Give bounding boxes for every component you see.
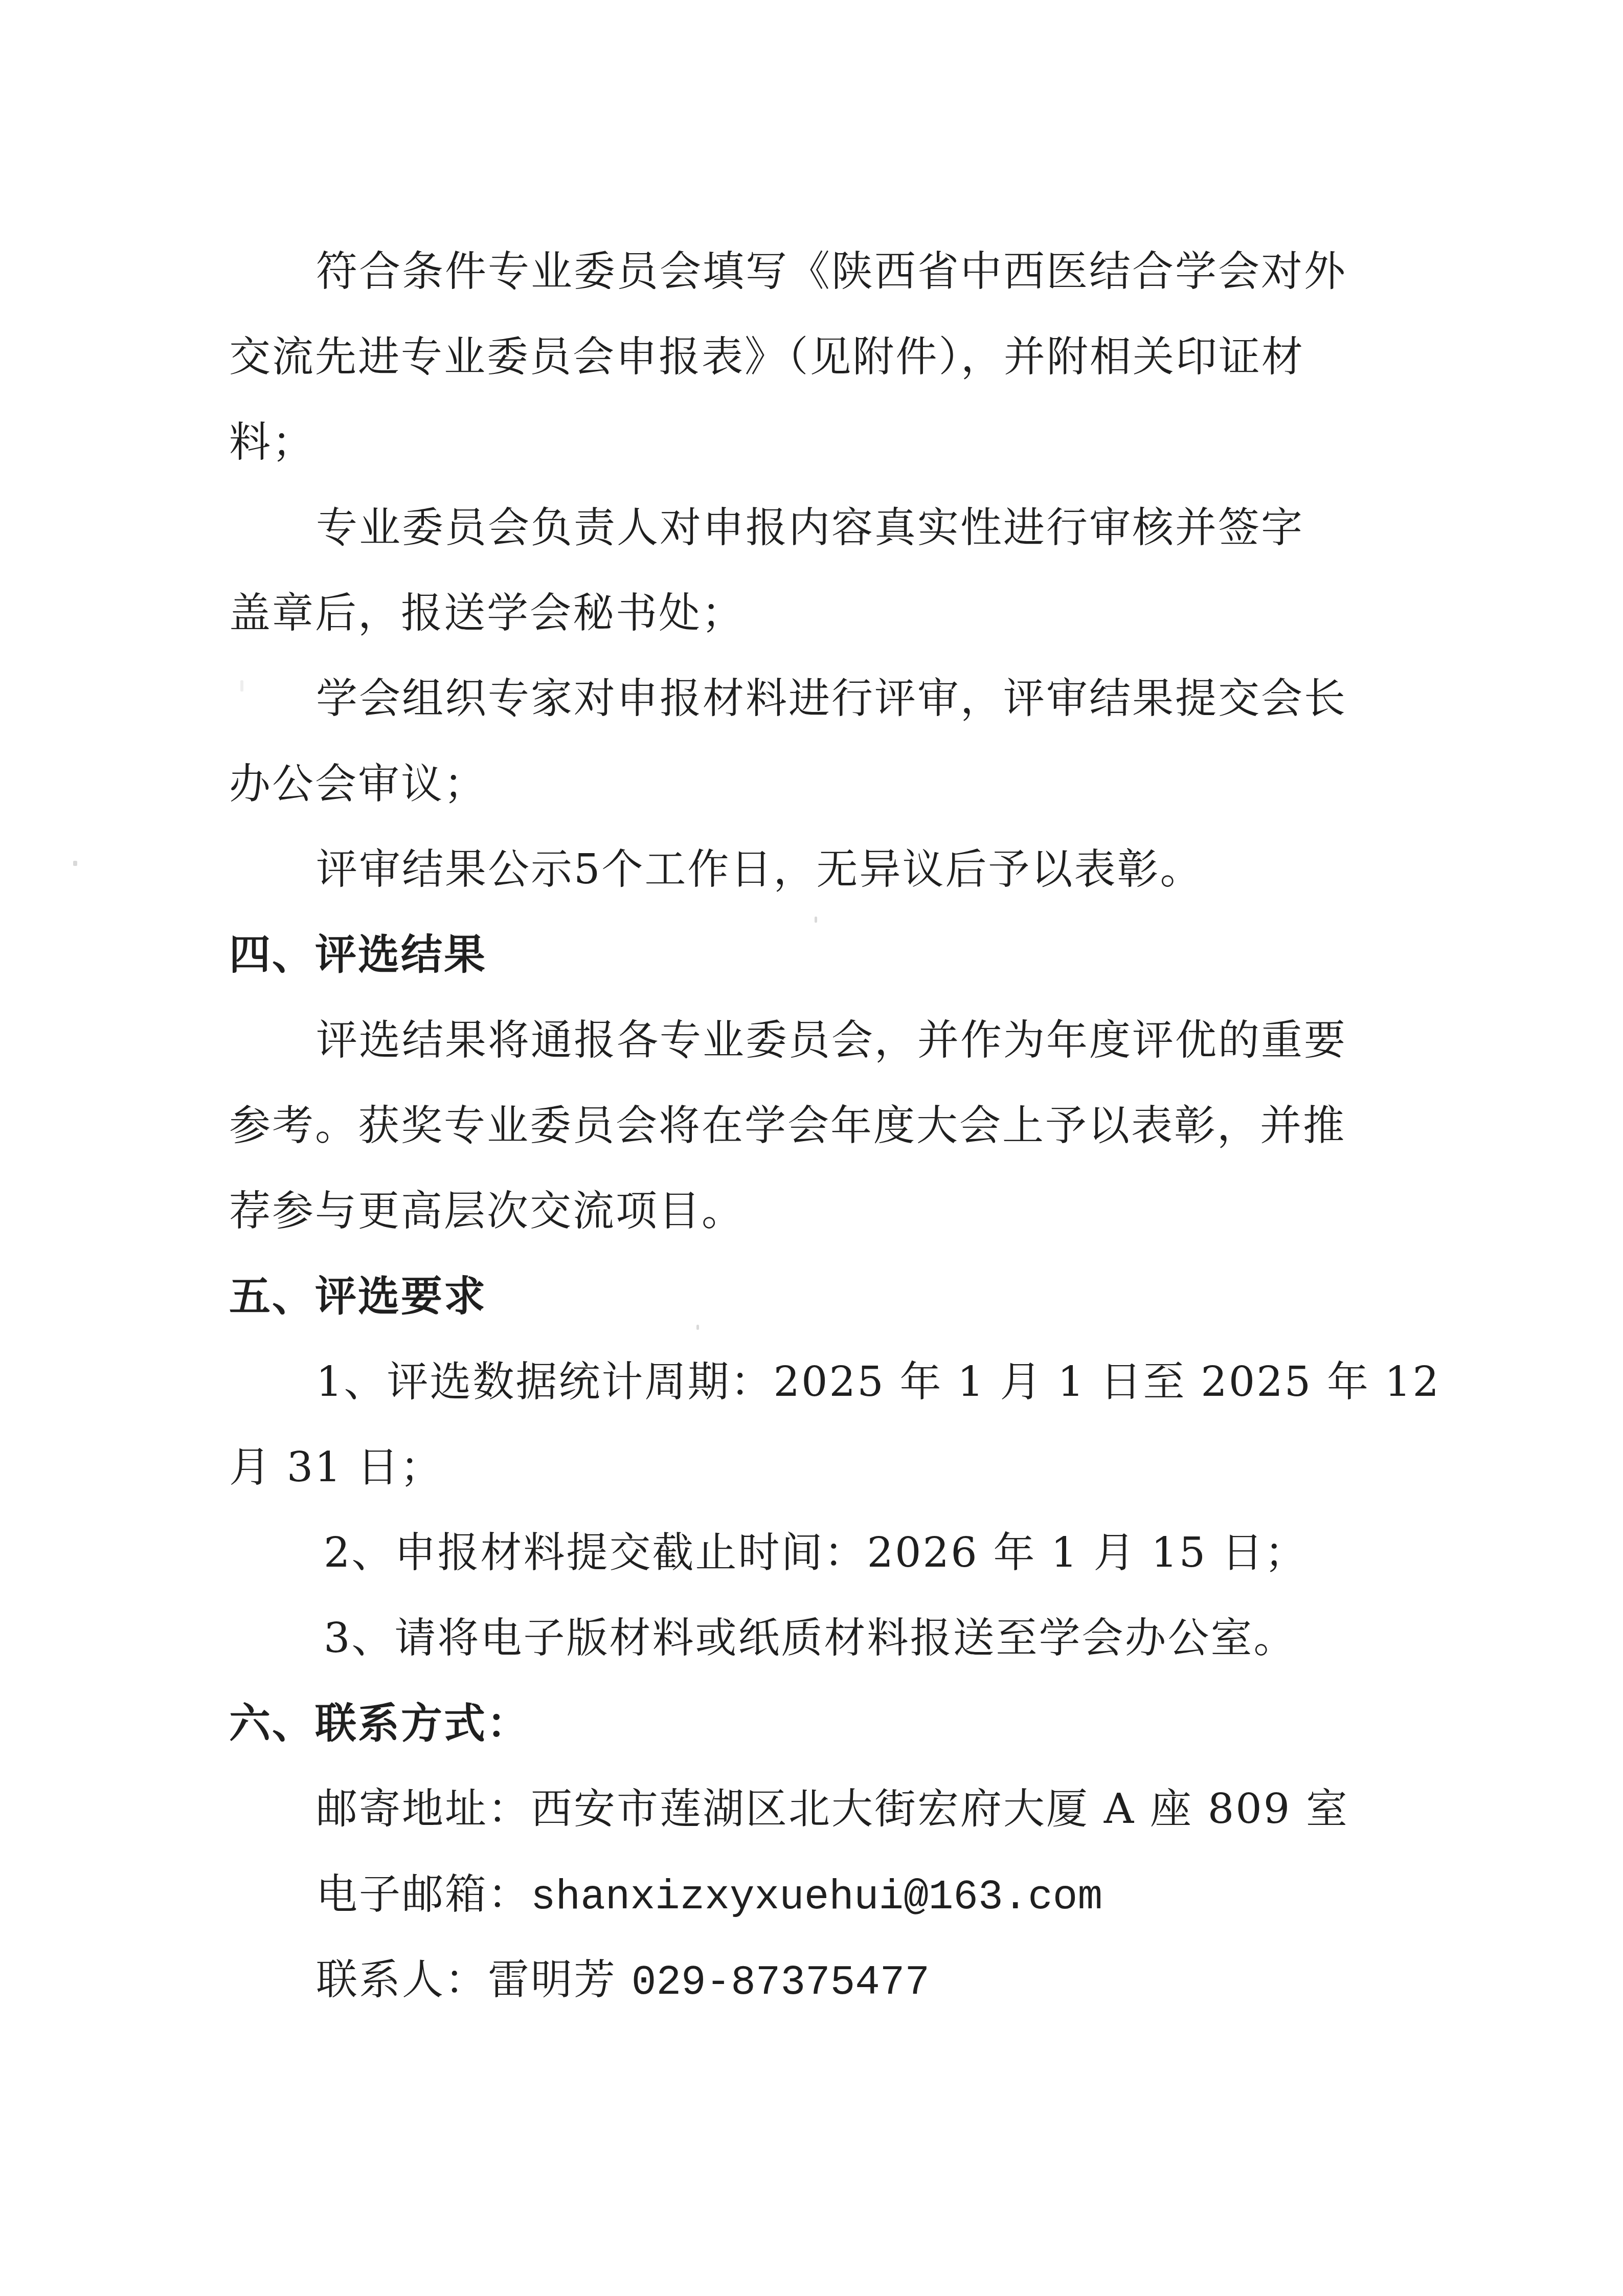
scan-artifact [73, 861, 77, 866]
paragraph-results: 评选结果将通报各专业委员会，并作为年度评优的重要 参考。获奖专业委员会将在学会年… [229, 998, 1359, 1254]
document-page: 符合条件专业委员会填写《陕西省中西医结合学会对外 交流先进专业委员会申报表》（见… [229, 229, 1359, 2023]
text-line: 1、评选数据统计周期：2025 年 1 月 1 日至 2025 年 12 [229, 1340, 1359, 1425]
contact-block: 邮寄地址：西安市莲湖区北大街宏府大厦 A 座 809 室 电子邮箱：shanxi… [229, 1767, 1359, 2023]
text-line: 符合条件专业委员会填写《陕西省中西医结合学会对外 [229, 229, 1359, 315]
contact-phone: 029-87375477 [632, 1960, 930, 2007]
text-line: 月 31 日； [229, 1425, 1359, 1510]
paragraph-application-form: 符合条件专业委员会填写《陕西省中西医结合学会对外 交流先进专业委员会申报表》（见… [229, 229, 1359, 485]
email-label: 电子邮箱： [316, 1870, 531, 1919]
contact-person: 联系人：雷明芳 029-87375477 [229, 1937, 1359, 2023]
text-line: 评审结果公示5个工作日，无异议后予以表彰。 [229, 827, 1359, 912]
text-line: 参考。获奖专业委员会将在学会年度大会上予以表彰，并推 [229, 1083, 1359, 1169]
contact-address: 邮寄地址：西安市莲湖区北大街宏府大厦 A 座 809 室 [229, 1767, 1359, 1852]
scan-artifact [240, 680, 243, 692]
paragraph-publicity: 评审结果公示5个工作日，无异议后予以表彰。 [229, 827, 1359, 912]
text-line: 专业委员会负责人对申报内容真实性进行审核并签字 [229, 485, 1359, 571]
contact-label: 联系人： [316, 1956, 488, 2004]
text-line: 荐参与更高层次交流项目。 [229, 1169, 1359, 1254]
text-line: 学会组织专家对申报材料进行评审，评审结果提交会长 [229, 656, 1359, 742]
section-heading-requirements: 五、评选要求 [229, 1254, 1359, 1340]
requirement-item-period: 1、评选数据统计周期：2025 年 1 月 1 日至 2025 年 12 月 3… [229, 1340, 1359, 1510]
section-heading-contact: 六、联系方式： [229, 1681, 1359, 1767]
text-line: 3、请将电子版材料或纸质材料报送至学会办公室。 [229, 1596, 1359, 1681]
paragraph-verification: 专业委员会负责人对申报内容真实性进行审核并签字 盖章后，报送学会秘书处； [229, 485, 1359, 656]
address-value: 西安市莲湖区北大街宏府大厦 A 座 809 室 [531, 1785, 1349, 1833]
section-heading-results: 四、评选结果 [229, 912, 1359, 998]
text-line: 盖章后，报送学会秘书处； [229, 571, 1359, 656]
text-line: 交流先进专业委员会申报表》（见附件），并附相关印证材 [229, 315, 1359, 400]
address-label: 邮寄地址： [316, 1785, 531, 1833]
paragraph-expert-review: 学会组织专家对申报材料进行评审，评审结果提交会长 办公会审议； [229, 656, 1359, 827]
contact-name: 雷明芳 [488, 1956, 617, 2004]
scan-artifact [815, 917, 817, 923]
text-line: 2、申报材料提交截止时间：2026 年 1 月 15 日； [229, 1510, 1359, 1596]
text-line: 办公会审议； [229, 742, 1359, 827]
email-value[interactable]: shanxizxyxuehui@163.com [531, 1875, 1102, 1921]
requirement-item-deadline: 2、申报材料提交截止时间：2026 年 1 月 15 日； [229, 1510, 1359, 1596]
contact-email: 电子邮箱：shanxizxyxuehui@163.com [229, 1852, 1359, 1937]
text-line: 评选结果将通报各专业委员会，并作为年度评优的重要 [229, 998, 1359, 1083]
text-line: 料； [229, 400, 1359, 485]
scan-artifact [696, 1325, 699, 1330]
requirement-item-submission: 3、请将电子版材料或纸质材料报送至学会办公室。 [229, 1596, 1359, 1681]
